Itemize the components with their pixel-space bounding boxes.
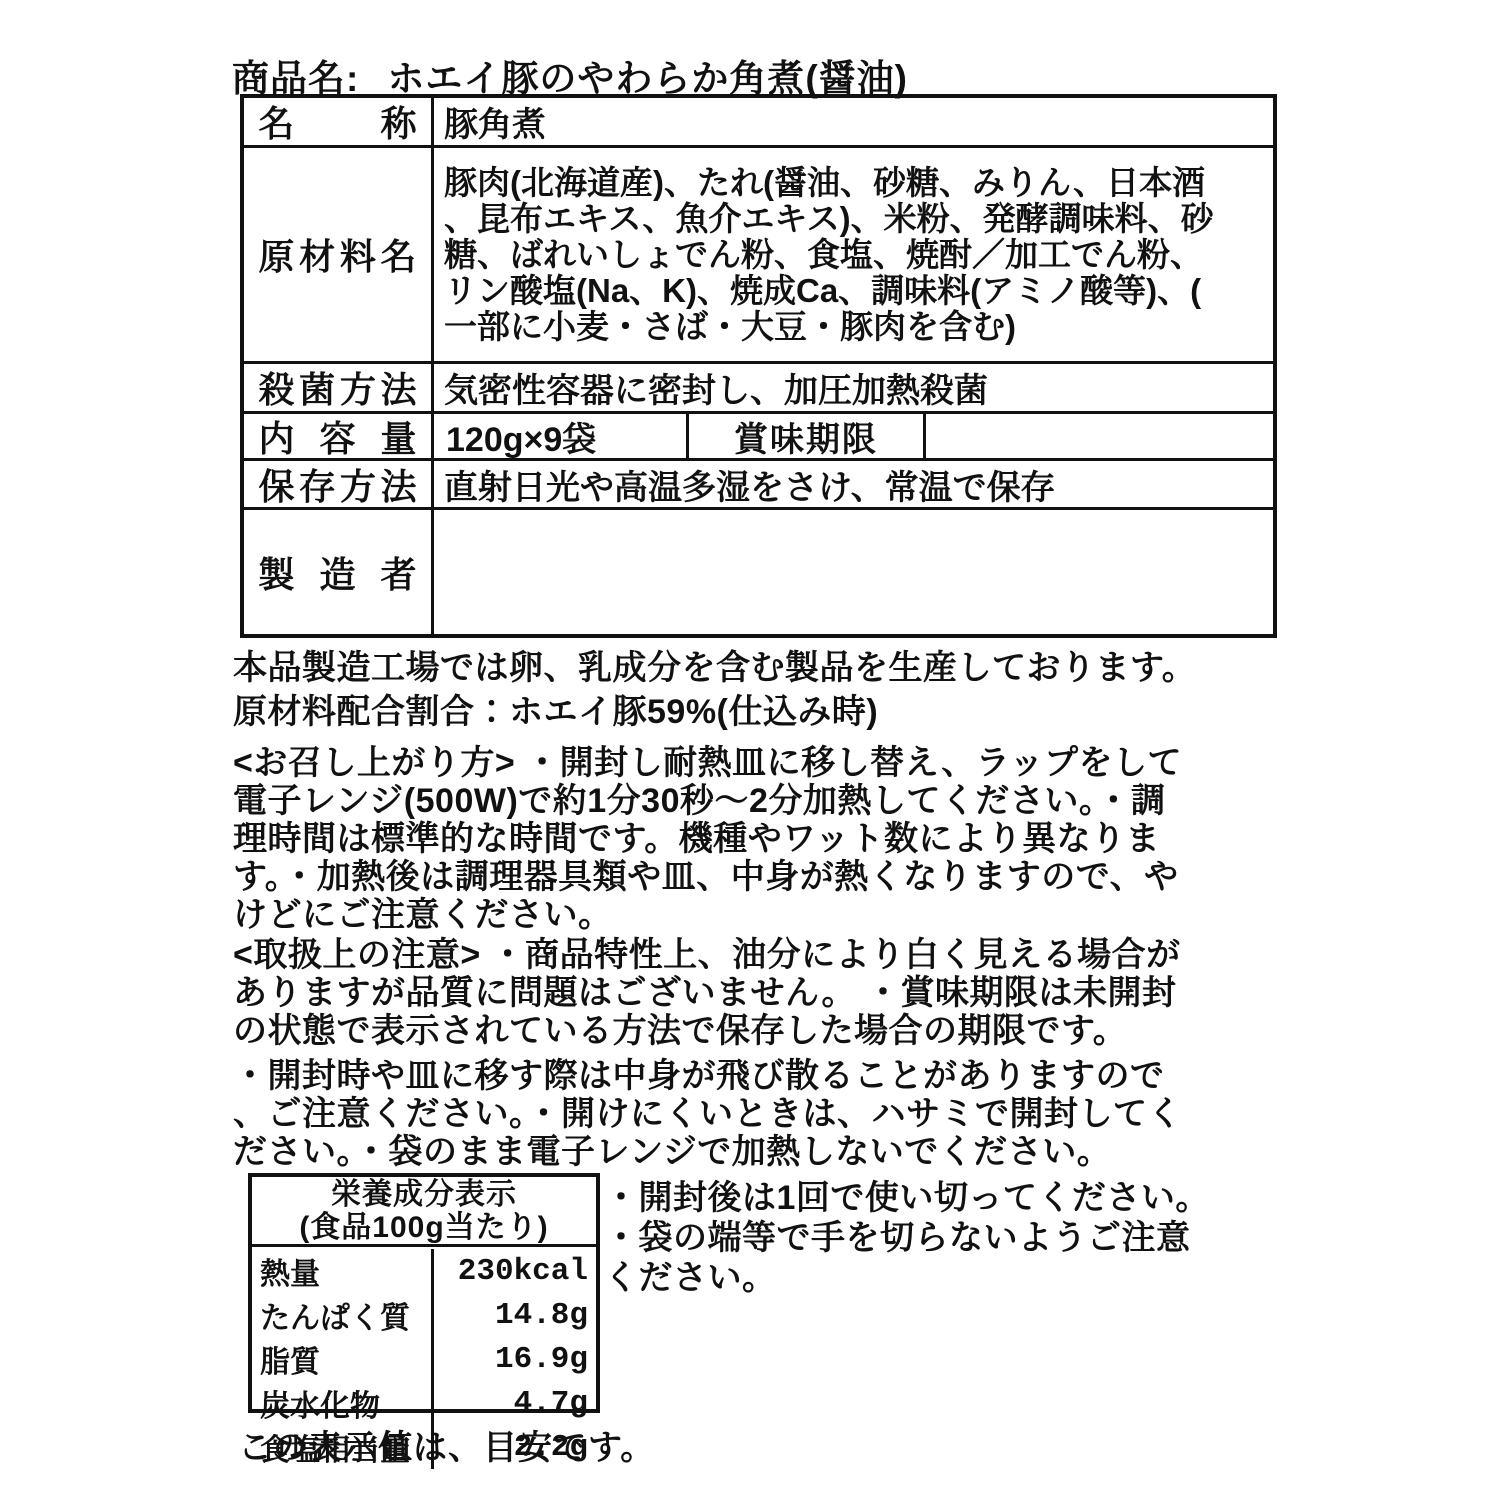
spec-label-name: 名称 bbox=[244, 98, 434, 145]
nutrition-label-fat: 脂質 bbox=[252, 1337, 434, 1381]
spec-value-net-weight: 120g×9袋 bbox=[434, 414, 689, 458]
nutrition-label-protein: たんぱく質 bbox=[252, 1293, 434, 1337]
nutrition-row-protein: たんぱく質 14.8g bbox=[252, 1293, 596, 1337]
spec-row-sterilization: 殺菌方法 気密性容器に密封し、加圧加熱殺菌 bbox=[244, 361, 1273, 411]
nutrition-header: 栄養成分表示 (食品100g当たり) bbox=[252, 1177, 596, 1247]
spec-value-sterilization: 気密性容器に密封し、加圧加熱殺菌 bbox=[434, 364, 1273, 411]
nutrition-value-protein: 14.8g bbox=[434, 1298, 596, 1333]
nutrition-value-fat: 16.9g bbox=[434, 1342, 596, 1377]
product-label-page: { "header": { "label": "商品名:", "value": … bbox=[0, 0, 1500, 1500]
nutrition-footnote: この表示値は、目安です。 bbox=[238, 1420, 655, 1469]
handling-caution-paragraph: <取扱上の注意> ・商品特性上、油分により白く見える場合が ありますが品質に問題… bbox=[233, 936, 1303, 1050]
ingredient-ratio-note: 原材料配合割合：ホエイ豚59%(仕込み時) bbox=[233, 692, 878, 732]
spec-label-ingredients-text: 原材料名 bbox=[259, 229, 417, 280]
spec-table: 名称 豚角煮 原材料名 豚肉(北海道産)、たれ(醤油、砂糖、みりん、日本酒 、昆… bbox=[240, 94, 1277, 638]
after-open-notes: ・開封後は1回で使い切ってください。 ・袋の端等で手を切らないようご注意 くださ… bbox=[604, 1178, 1284, 1298]
spec-label-best-before: 賞味期限 bbox=[689, 414, 926, 458]
spec-label-storage: 保存方法 bbox=[244, 461, 434, 507]
how-to-eat-paragraph: <お召し上がり方> ・開封し耐熱皿に移し替え、ラップをして 電子レンジ(500W… bbox=[233, 744, 1303, 934]
product-title-value: ホエイ豚のやわらか角煮(醤油) bbox=[387, 58, 908, 99]
nutrition-subtitle: (食品100g当たり) bbox=[299, 1211, 548, 1244]
spec-value-manufacturer bbox=[434, 510, 1273, 634]
spec-row-ingredients: 原材料名 豚肉(北海道産)、たれ(醤油、砂糖、みりん、日本酒 、昆布エキス、魚介… bbox=[244, 145, 1273, 361]
spec-label-sterilization-text: 殺菌方法 bbox=[259, 362, 417, 413]
spec-row-net-weight: 内容量 120g×9袋 賞味期限 bbox=[244, 411, 1273, 458]
nutrition-label-energy: 熱量 bbox=[252, 1249, 434, 1293]
nutrition-table: 栄養成分表示 (食品100g当たり) 熱量 230kcal たんぱく質 14.8… bbox=[248, 1173, 600, 1413]
nutrition-value-energy: 230kcal bbox=[434, 1254, 596, 1289]
spec-value-storage: 直射日光や高温多湿をさけ、常温で保存 bbox=[434, 461, 1273, 507]
factory-allergen-note: 本品製造工場では卵、乳成分を含む製品を生産しております。 bbox=[233, 648, 1196, 688]
nutrition-row-carbohydrate: 炭水化物 4.7g bbox=[252, 1381, 596, 1425]
spec-label-net-weight-text: 内容量 bbox=[259, 411, 417, 462]
nutrition-row-fat: 脂質 16.9g bbox=[252, 1337, 596, 1381]
spec-value-ingredients: 豚肉(北海道産)、たれ(醤油、砂糖、みりん、日本酒 、昆布エキス、魚介エキス)、… bbox=[434, 148, 1273, 361]
spec-label-ingredients: 原材料名 bbox=[244, 148, 434, 361]
spec-row-name: 名称 豚角煮 bbox=[244, 98, 1273, 145]
spec-label-name-text: 名称 bbox=[259, 96, 417, 147]
nutrition-label-carbohydrate: 炭水化物 bbox=[252, 1381, 434, 1425]
nutrition-row-energy: 熱量 230kcal bbox=[252, 1249, 596, 1293]
spec-label-net-weight: 内容量 bbox=[244, 414, 434, 458]
spec-label-manufacturer: 製造者 bbox=[244, 510, 434, 634]
nutrition-value-carbohydrate: 4.7g bbox=[434, 1386, 596, 1421]
spec-label-storage-text: 保存方法 bbox=[259, 459, 417, 510]
spec-row-storage: 保存方法 直射日光や高温多湿をさけ、常温で保存 bbox=[244, 458, 1273, 507]
spec-value-best-before bbox=[926, 414, 1273, 458]
spec-row-manufacturer: 製造者 bbox=[244, 507, 1273, 634]
spec-label-sterilization: 殺菌方法 bbox=[244, 364, 434, 411]
opening-caution-paragraph: ・開封時や皿に移す際は中身が飛び散ることがありますので 、ご注意ください。・開け… bbox=[233, 1057, 1303, 1171]
product-title-label: 商品名: bbox=[232, 58, 359, 99]
spec-value-name: 豚角煮 bbox=[434, 98, 1273, 145]
nutrition-title: 栄養成分表示 bbox=[331, 1178, 517, 1211]
spec-label-manufacturer-text: 製造者 bbox=[259, 547, 417, 598]
